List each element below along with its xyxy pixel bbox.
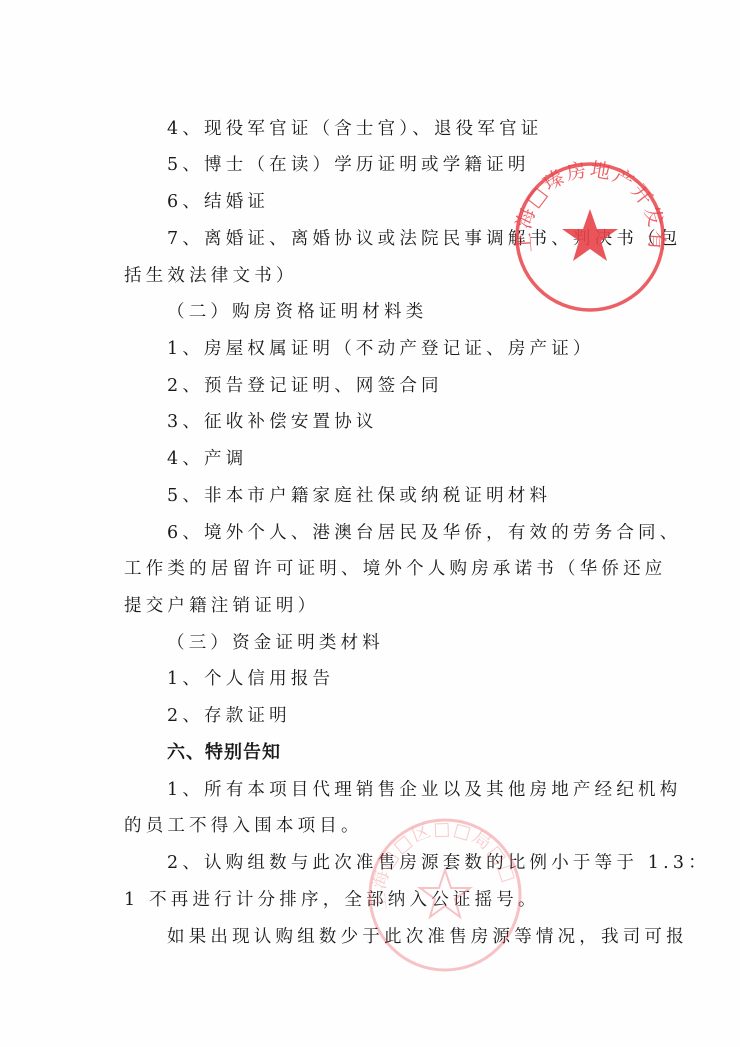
text-line: 提交户籍注销证明） bbox=[124, 594, 319, 618]
text-line: 5、博士（在读）学历证明或学籍证明 bbox=[167, 153, 530, 177]
text-line: 的员工不得入围本项目。 bbox=[124, 814, 363, 838]
text-line: 1、所有本项目代理销售企业以及其他房地产经纪机构 bbox=[167, 778, 681, 802]
text-line: 4、现役军官证（含士官）、退役军官证 bbox=[167, 117, 542, 141]
text-line: 1、个人信用报告 bbox=[167, 667, 334, 691]
text-line: 工作类的居留许可证明、境外个人购房承诺书（华侨还应 bbox=[124, 557, 667, 581]
text-line: 5、非本市户籍家庭社保或纳税证明材料 bbox=[167, 484, 551, 508]
text-line: 7、离婚证、离婚协议或法院民事调解书、判决书（包 bbox=[167, 227, 681, 251]
text-line: 2、认购组数与此次准售房源套数的比例小于等于 1.3： bbox=[167, 851, 710, 875]
text-line: 1 不再进行计分排序，全部纳入公证摇号。 bbox=[124, 888, 540, 912]
text-line: （二）购房资格证明材料类 bbox=[167, 300, 427, 324]
text-line: 括生效法律文书） bbox=[124, 264, 298, 288]
text-line: 2、存款证明 bbox=[167, 704, 291, 728]
text-line: 3、征收补偿安置协议 bbox=[167, 410, 378, 434]
text-line: 6、境外个人、港澳台居民及华侨，有效的劳务合同、 bbox=[167, 521, 681, 545]
text-line: 2、预告登记证明、网签合同 bbox=[167, 374, 443, 398]
text-line: 1、房屋权属证明（不动产登记证、房产证） bbox=[167, 337, 595, 361]
text-line: （三）资金证明类材料 bbox=[167, 631, 384, 655]
text-line: 如果出现认购组数少于此次准售房源等情况，我司可报 bbox=[167, 925, 688, 949]
text-line: 6、结婚证 bbox=[167, 190, 269, 214]
document-page: 4、现役军官证（含士官）、退役军官证5、博士（在读）学历证明或学籍证明6、结婚证… bbox=[0, 0, 740, 1047]
section-heading-special-notice: 六、特别告知 bbox=[167, 741, 281, 765]
text-line: 4、产调 bbox=[167, 447, 247, 471]
